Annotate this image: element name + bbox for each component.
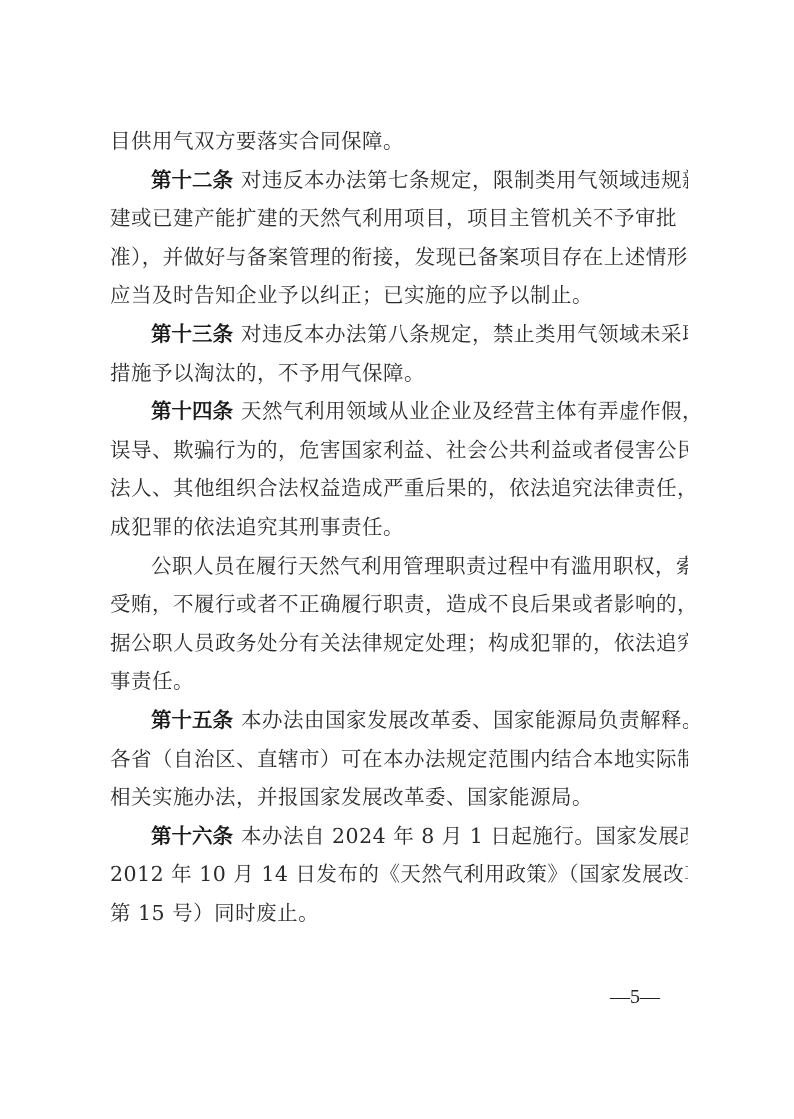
text-line: 误导、欺骗行为的，危害国家利益、社会公共利益或者侵害公民、 <box>110 431 688 470</box>
text-line: 本办法由国家发展改革委、国家能源局负责解释。 <box>241 708 688 732</box>
text-line: 准），并做好与备案管理的衔接，发现已备案项目存在上述情形的， <box>110 238 688 277</box>
article-heading: 第十六条 <box>151 824 233 848</box>
text-line: 本办法自 2024 年 8 月 1 日起施行。国家发展改革委 <box>241 824 688 848</box>
text-line: 各省（自治区、直辖市）可在本办法规定范围内结合本地实际制定 <box>110 740 688 779</box>
text-line: 天然气利用领域从业企业及经营主体有弄虚作假， <box>241 399 688 423</box>
text-line: 相关实施办法，并报国家发展改革委、国家能源局。 <box>110 778 688 817</box>
text-line: 法人、其他组织合法权益造成严重后果的，依法追究法律责任，构 <box>110 469 688 508</box>
text-line: 公职人员在履行天然气利用管理职责过程中有滥用职权，索贿 <box>110 547 688 586</box>
article-12-line: 第十二条对违反本办法第七条规定，限制类用气领域违规新 <box>110 161 688 200</box>
article-heading: 第十二条 <box>151 168 233 192</box>
text-line: 据公职人员政务处分有关法律规定处理；构成犯罪的，依法追究刑 <box>110 624 688 663</box>
text-line: 建或已建产能扩建的天然气利用项目，项目主管机关不予审批（核 <box>110 199 688 238</box>
article-13-line: 第十三条对违反本办法第八条规定，禁止类用气领域未采取 <box>110 315 688 354</box>
text-line: 对违反本办法第七条规定，限制类用气领域违规新 <box>241 168 688 192</box>
page-number: —5— <box>610 986 660 1009</box>
article-14-line: 第十四条天然气利用领域从业企业及经营主体有弄虚作假， <box>110 392 688 431</box>
article-heading: 第十四条 <box>151 399 233 423</box>
text-line: 受贿，不履行或者不正确履行职责，造成不良后果或者影响的，依 <box>110 585 688 624</box>
text-line: 对违反本办法第八条规定，禁止类用气领域未采取 <box>241 322 688 346</box>
article-heading: 第十三条 <box>151 322 233 346</box>
text-line: 成犯罪的依法追究其刑事责任。 <box>110 508 688 547</box>
text-line: 目供用气双方要落实合同保障。 <box>110 122 688 161</box>
text-line: 第 15 号）同时废止。 <box>110 894 688 933</box>
article-heading: 第十五条 <box>151 708 233 732</box>
document-body: 目供用气双方要落实合同保障。 第十二条对违反本办法第七条规定，限制类用气领域违规… <box>110 122 688 932</box>
article-16-line: 第十六条本办法自 2024 年 8 月 1 日起施行。国家发展改革委 <box>110 817 688 856</box>
text-line: 措施予以淘汰的，不予用气保障。 <box>110 354 688 393</box>
text-line: 2012 年 10 月 14 日发布的《天然气利用政策》（国家发展改革委令 <box>110 855 688 894</box>
text-line: 应当及时告知企业予以纠正；已实施的应予以制止。 <box>110 276 688 315</box>
text-line: 事责任。 <box>110 662 688 701</box>
article-15-line: 第十五条本办法由国家发展改革委、国家能源局负责解释。 <box>110 701 688 740</box>
